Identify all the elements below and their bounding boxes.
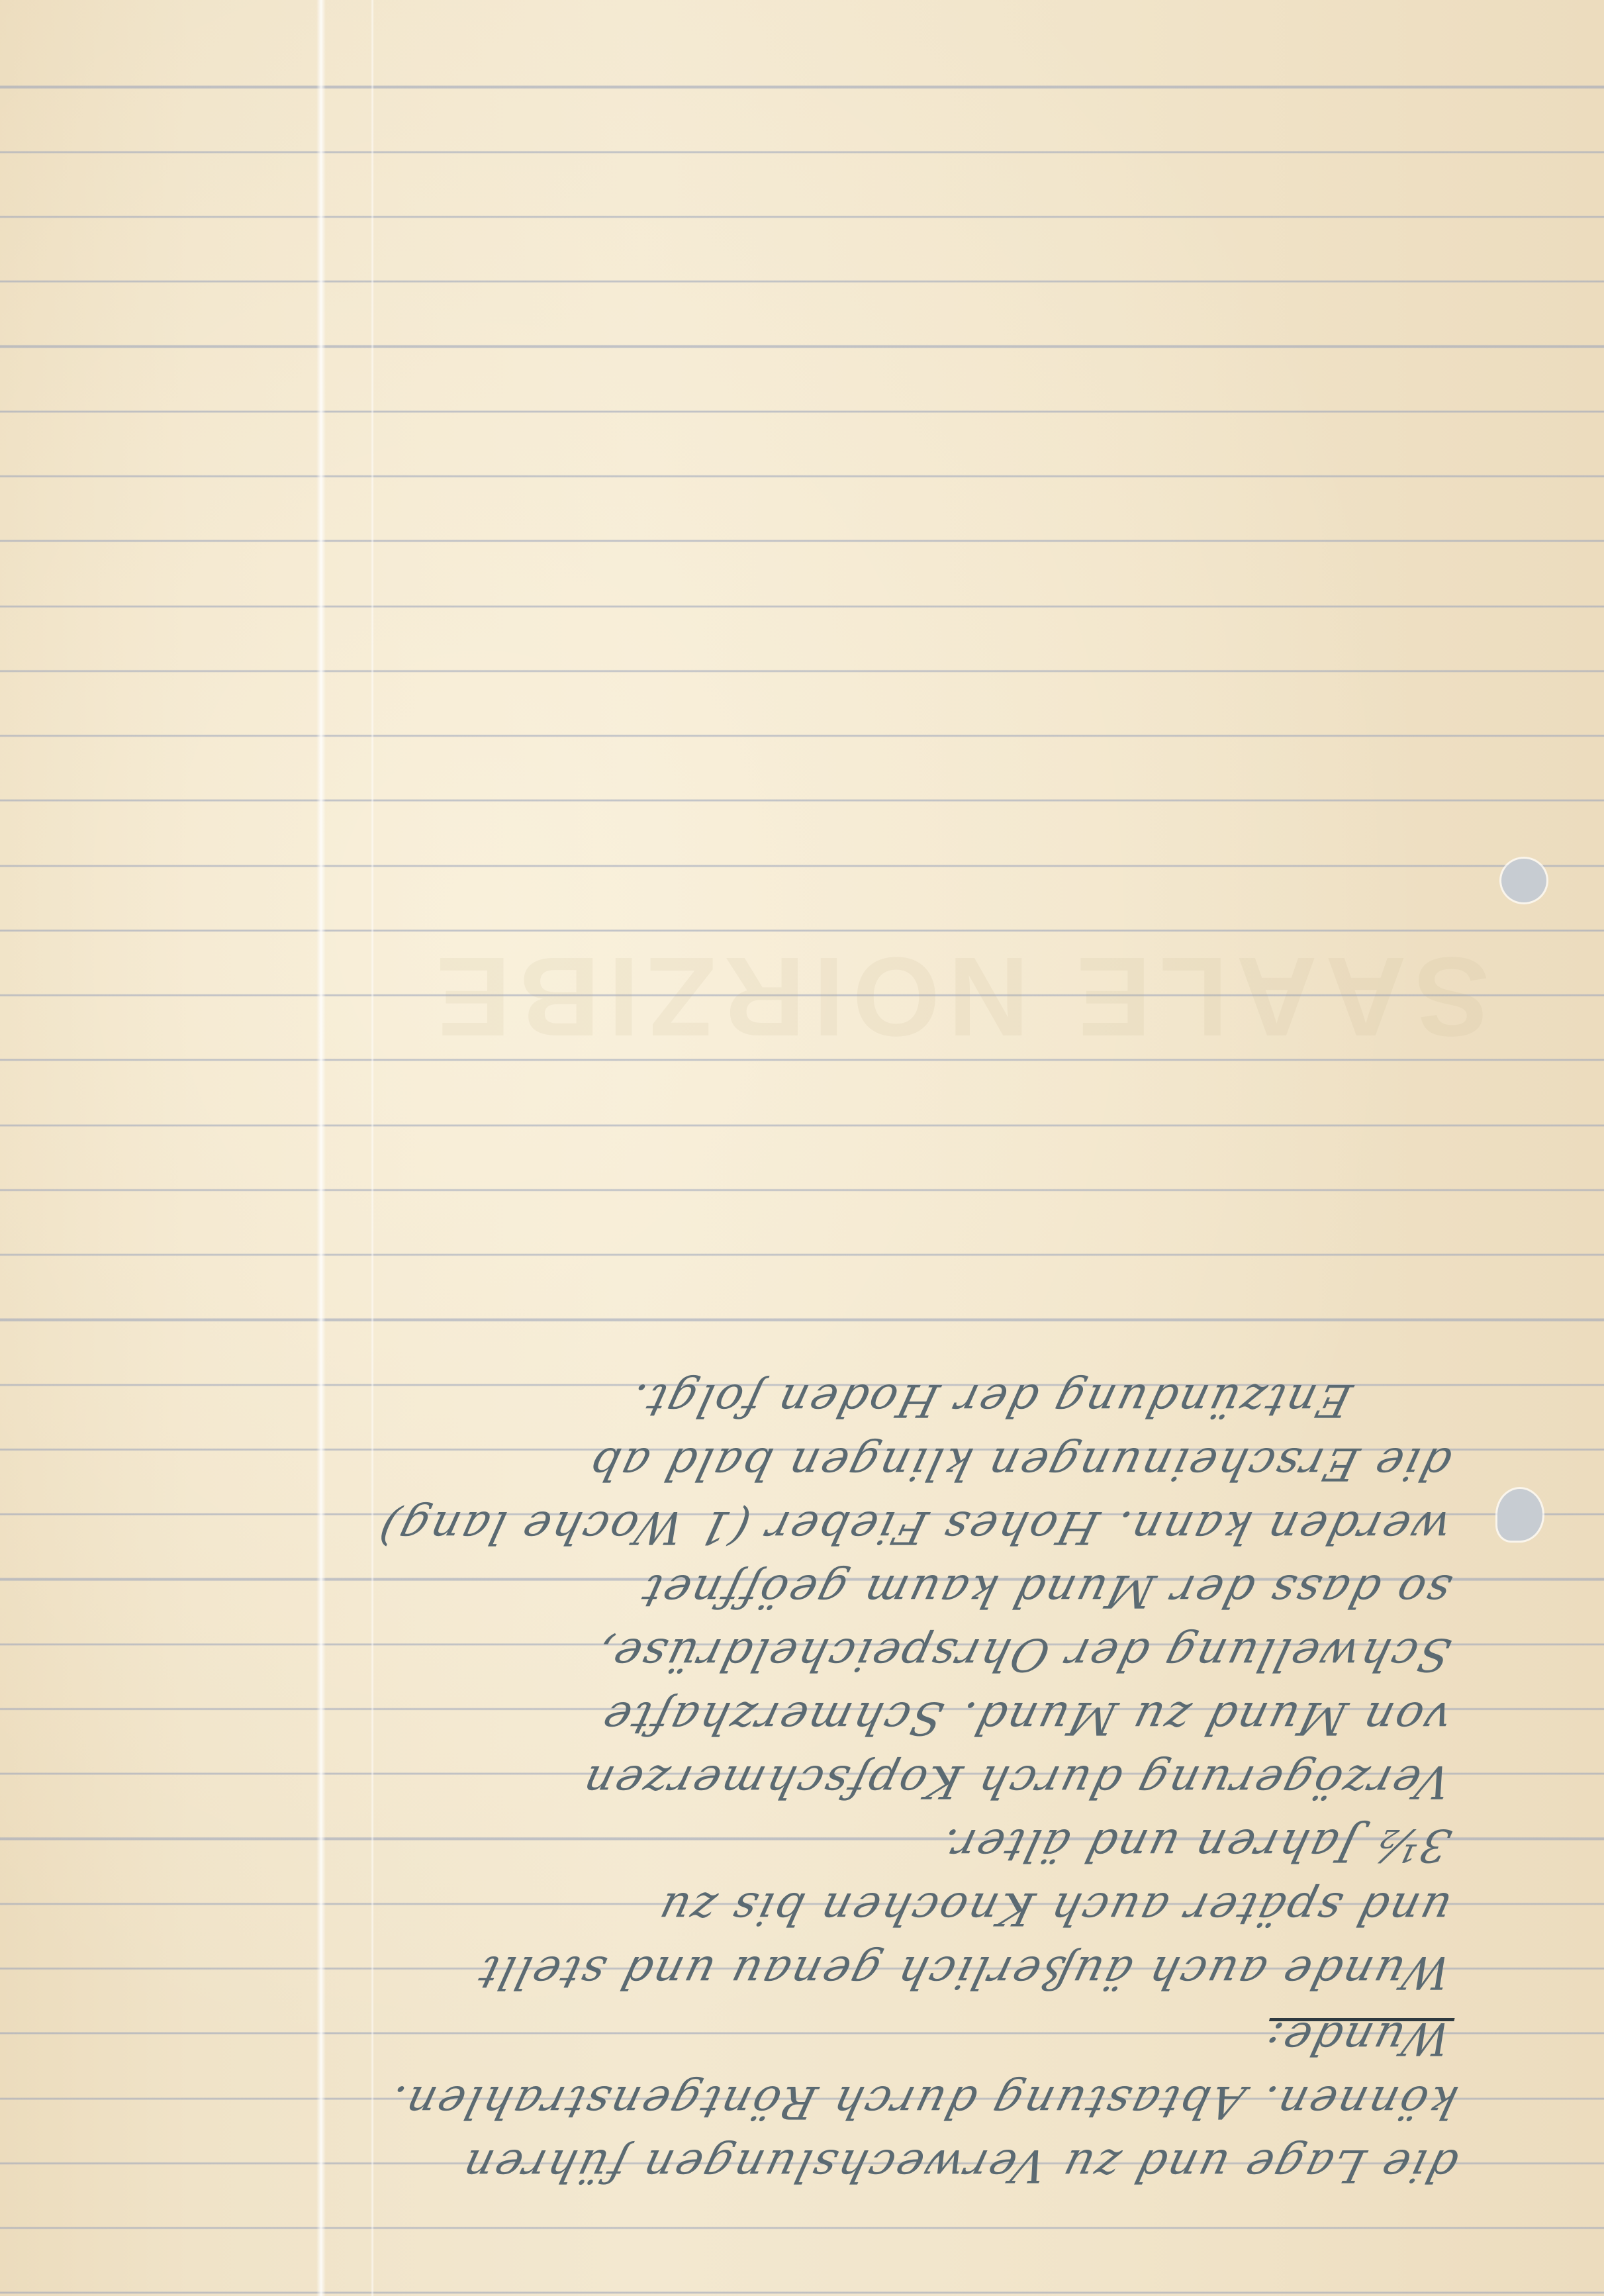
handwritten-line: Schwellung der Ohrspeicheldrüse, — [589, 1628, 1456, 1680]
handwritten-line: die Lage und zu Verwechslungen führen — [455, 2139, 1463, 2191]
handwritten-line: Verzögerung durch Kopfschmerzen — [576, 1755, 1456, 1807]
handwritten-line: die Erscheinungen klingen bald ab — [583, 1437, 1456, 1490]
fold-crease — [316, 0, 326, 2296]
punch-hole-lower — [1497, 1489, 1542, 1541]
handwritten-text-block: die Lage und zu Verwechslungen führen kö… — [331, 1351, 1456, 2191]
handwritten-heading: Wunde: — [1258, 2012, 1456, 2064]
handwritten-line: von Mund zu Mund. Schmerzhafte — [595, 1692, 1456, 1744]
handwritten-line: so dass der Mund kaum geöffnet — [635, 1564, 1456, 1617]
letterhead-show-through: SAALE NOIRZIBE — [165, 940, 1489, 1053]
handwritten-line: Entzündung der Hoden folgt. — [623, 1374, 1357, 1426]
document-page: SAALE NOIRZIBE die Lage und zu Verwechsl… — [0, 0, 1604, 2296]
punch-hole-upper — [1501, 859, 1546, 902]
handwritten-line: 3½ Jahren und älter. — [933, 1819, 1456, 1871]
handwritten-line: können. Abtastung durch Röntgenstrahlen. — [382, 2076, 1463, 2128]
handwritten-line: und später auch Knochen bis zu — [651, 1882, 1456, 1935]
handwritten-line: Wunde auch äußerlich genau und stellt — [471, 1946, 1456, 1998]
handwritten-line: werden kann. Hohes Fieber (1 Woche lang) — [372, 1501, 1456, 1553]
